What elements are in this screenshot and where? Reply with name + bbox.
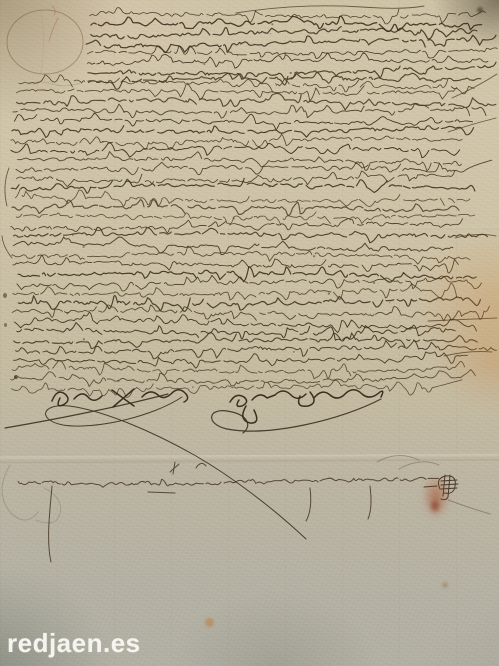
paper-watermark-circle: [7, 6, 83, 86]
site-watermark-logo: redjaen.es: [7, 628, 141, 659]
signature-yo-la-reyna: [230, 390, 383, 423]
attestation-line: [2, 462, 371, 562]
signature-yo-el-rey: [52, 389, 188, 407]
signature-rubric-flourishes: [5, 394, 439, 539]
handwritten-text-block: [11, 8, 498, 488]
manuscript-photo: redjaen.es: [0, 0, 499, 666]
notarial-sign-icon: [424, 475, 490, 514]
manuscript-ink-svg: [0, 0, 499, 666]
